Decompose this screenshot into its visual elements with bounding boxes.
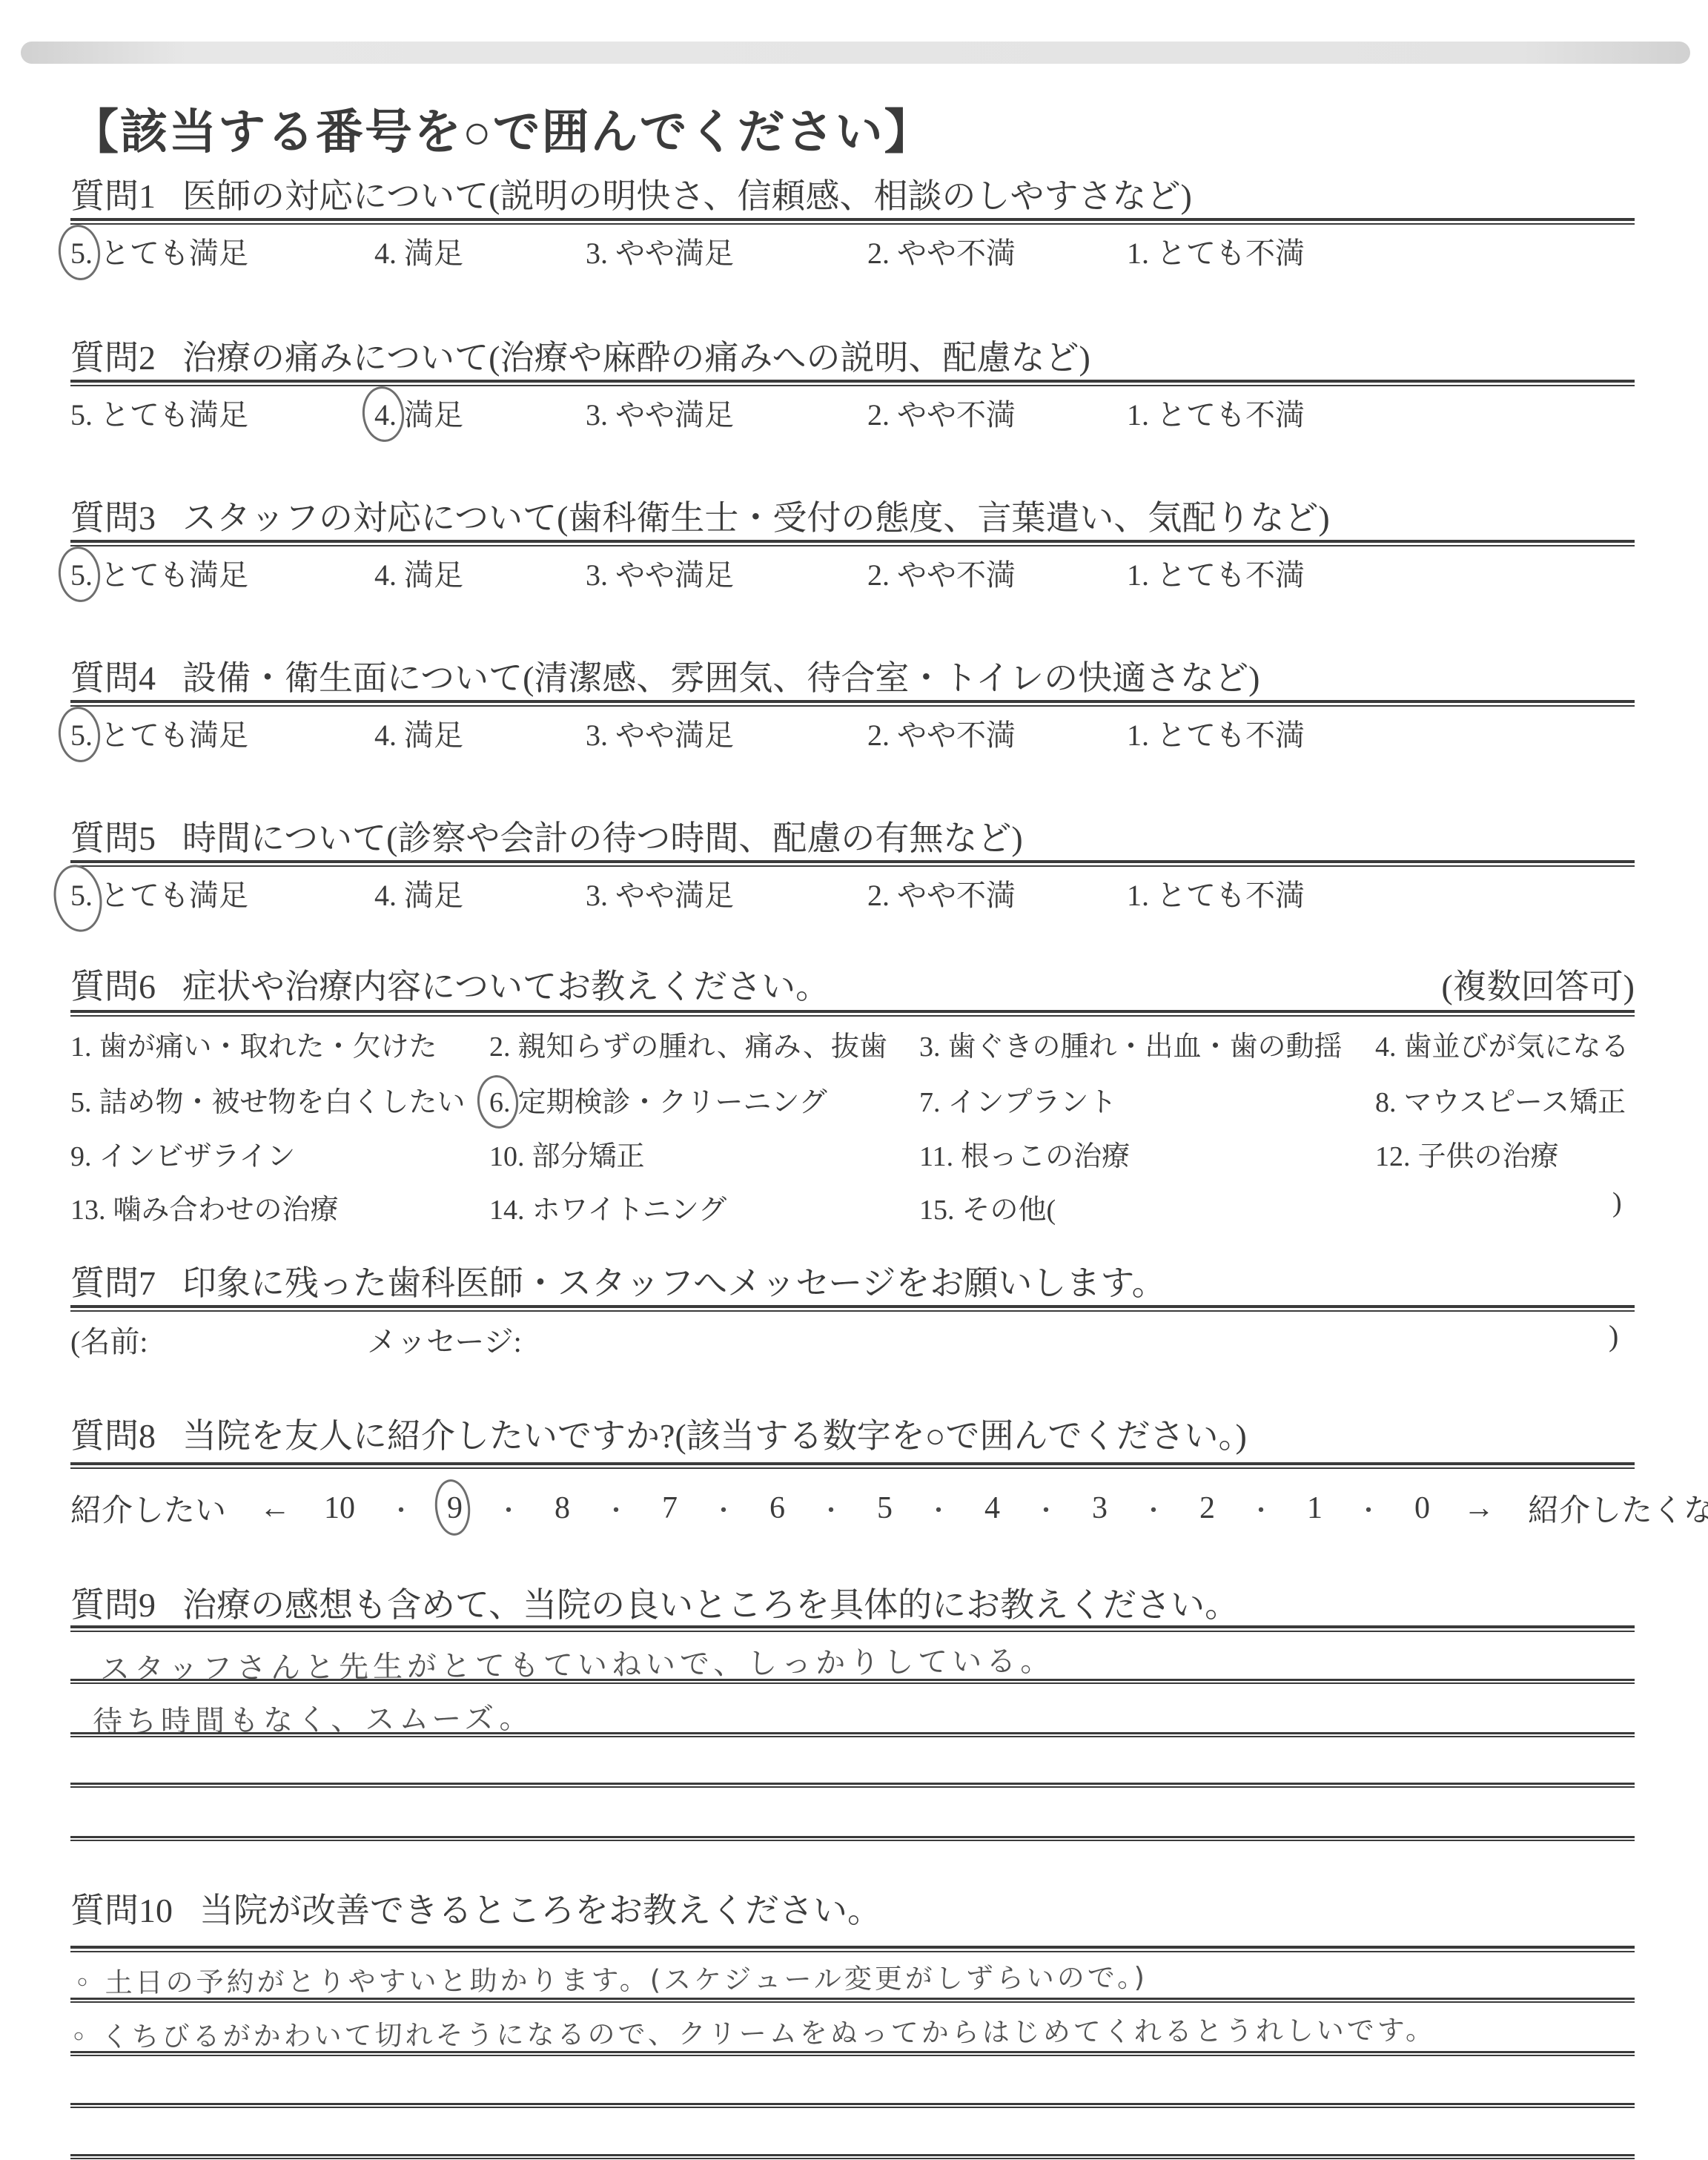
rating-option[interactable]: 4.満足 <box>374 872 463 914</box>
name-field-label: (名前: <box>70 1318 148 1361</box>
option-number: 1. <box>1127 878 1149 913</box>
option-number: 2. <box>867 878 890 913</box>
option-number: 4. <box>374 558 397 592</box>
answer-line <box>70 1625 1635 1632</box>
option-number: 10. <box>489 1140 525 1173</box>
option-number: 2. <box>867 558 890 592</box>
rating-options-row: 5.とても満足 4.満足 3.やや満足 2.やや不満 1.とても不満 <box>70 872 1635 919</box>
option-label: とても満足 <box>100 719 248 752</box>
option-number: 5. <box>70 718 93 753</box>
option-number: 5. <box>70 236 93 271</box>
question-heading: 治療の痛みについて(治療や麻酔の痛みへの説明、配慮など) <box>182 339 1090 377</box>
symptom-option[interactable]: 7.インプラント <box>919 1079 1117 1120</box>
option-number: 4. <box>374 878 397 913</box>
symptom-option[interactable]: 6.定期検診・クリーニング <box>489 1079 827 1120</box>
symptom-option[interactable]: 2.親知らずの腫れ、痛み、抜歯 <box>489 1023 887 1064</box>
rating-option[interactable]: 1.とても不満 <box>1127 712 1305 754</box>
rating-option[interactable]: 2.やや不満 <box>867 552 1016 594</box>
option-number: 1. <box>1127 718 1149 753</box>
page-title: 【該当する番号を○で囲んでください】 <box>71 94 933 162</box>
option-label: 子供の治療 <box>1418 1141 1559 1172</box>
option-number: 3. <box>586 236 608 271</box>
rating-option[interactable]: 5.とても満足 <box>70 230 248 272</box>
rating-option[interactable]: 5.とても満足 <box>70 392 248 434</box>
scale-number[interactable]: 7 <box>662 1490 678 1526</box>
answer-line <box>70 1836 1635 1841</box>
option-label: とても満足 <box>100 237 248 270</box>
dot-separator: ・ <box>1141 1490 1166 1527</box>
symptom-options-grid: 1.歯が痛い・取れた・欠けた 2.親知らずの腫れ、痛み、抜歯 3.歯ぐきの腫れ・… <box>70 1023 1635 1246</box>
option-label: やや満足 <box>615 719 734 752</box>
rating-option[interactable]: 1.とても不満 <box>1127 230 1305 272</box>
symptom-option[interactable]: 12.子供の治療 <box>1375 1133 1559 1174</box>
option-label: とても不満 <box>1156 719 1305 752</box>
dot-separator: ・ <box>711 1490 736 1527</box>
rating-option[interactable]: 3.やや満足 <box>586 712 734 754</box>
option-number: 4. <box>1375 1031 1397 1063</box>
symptom-option[interactable]: 4.歯並びが気になる <box>1375 1023 1629 1064</box>
option-number: 14. <box>489 1194 525 1226</box>
option-number: 4. <box>374 718 397 753</box>
dot-separator: ・ <box>388 1490 414 1527</box>
option-label: とても満足 <box>100 558 248 592</box>
scale-number[interactable]: 9 <box>447 1490 463 1526</box>
option-number: 8. <box>1375 1086 1397 1119</box>
option-label: とても不満 <box>1156 237 1305 270</box>
question-label: 質問6 <box>70 960 156 1008</box>
option-number: 3. <box>586 397 608 432</box>
question-2-section: 質問2治療の痛みについて(治療や麻酔の痛みへの説明、配慮など) 5.とても満足 … <box>70 331 1635 457</box>
option-label: 満足 <box>404 719 463 752</box>
option-label: やや満足 <box>615 237 734 270</box>
option-label: 詰め物・被せ物を白くしたい <box>99 1087 466 1118</box>
option-label: やや満足 <box>615 558 734 592</box>
option-number: 6. <box>489 1086 511 1119</box>
handwritten-answer: ◦ くちびるがかわいて切れそうになるので、クリームをぬってからはじめてくれるとう… <box>70 2007 1436 2055</box>
option-label: とても満足 <box>100 879 248 912</box>
option-label: 満足 <box>404 558 463 592</box>
question-heading: 設備・衛生面について(清潔感、雰囲気、待合室・トイレの快適さなど) <box>182 659 1260 697</box>
option-number: 7. <box>919 1086 941 1119</box>
rating-option[interactable]: 5.とても満足 <box>70 872 248 914</box>
option-label: インプラント <box>948 1087 1117 1118</box>
nps-scale-row: 紹介したい ← 10 ・ 9 ・ 8 ・ 7 ・ 6 ・ 5 ・ 4 ・ 3 ・… <box>70 1486 1708 1530</box>
rating-option[interactable]: 4.満足 <box>374 392 463 434</box>
answer-line <box>70 1783 1635 1788</box>
dot-separator: ・ <box>603 1490 629 1527</box>
option-number: 13. <box>70 1194 106 1226</box>
symptom-option[interactable]: 3.歯ぐきの腫れ・出血・歯の動揺 <box>919 1023 1343 1064</box>
divider <box>70 860 1635 867</box>
question-label: 質問7 <box>70 1256 156 1305</box>
question-label: 質問2 <box>70 331 156 380</box>
option-number: 5. <box>70 1086 92 1119</box>
dot-separator: ・ <box>1033 1490 1059 1527</box>
rating-option[interactable]: 1.とても不満 <box>1127 552 1305 594</box>
rating-option[interactable]: 4.満足 <box>374 712 463 754</box>
rating-option[interactable]: 5.とても満足 <box>70 712 248 754</box>
left-arrow-icon: ← <box>259 1490 291 1526</box>
option-label: やや不満 <box>897 879 1016 912</box>
option-number: 5. <box>70 878 93 913</box>
answer-line <box>70 1679 1635 1684</box>
close-paren: ) <box>1609 1318 1618 1353</box>
answer-line <box>70 1998 1635 2003</box>
option-number: 5. <box>70 397 93 432</box>
answer-line <box>70 2103 1635 2108</box>
scale-number[interactable]: 8 <box>555 1490 570 1526</box>
message-field-label: メッセージ: <box>367 1318 522 1361</box>
dot-separator: ・ <box>926 1490 951 1527</box>
scan-artifact-bar <box>21 42 1690 64</box>
option-number: 9. <box>70 1140 92 1173</box>
scale-number[interactable]: 1 <box>1307 1490 1323 1526</box>
option-number: 3. <box>919 1031 941 1063</box>
symptom-option[interactable]: 5.詰め物・被せ物を白くしたい <box>70 1079 466 1120</box>
scale-number[interactable]: 0 <box>1414 1490 1430 1526</box>
scale-number[interactable]: 10 <box>324 1490 355 1526</box>
option-number: 5. <box>70 558 93 592</box>
question-7-section: 質問7印象に残った歯科医師・スタッフへメッセージをお願いします。 (名前: メッ… <box>70 1256 1635 1375</box>
symptom-option[interactable]: 9.インビザライン <box>70 1133 295 1174</box>
question-label: 質問3 <box>70 491 156 540</box>
option-number: 1. <box>1127 397 1149 432</box>
divider <box>70 218 1635 225</box>
option-number: 3. <box>586 878 608 913</box>
option-label: 歯が痛い・取れた・欠けた <box>99 1031 437 1063</box>
question-heading-row: 質問1医師の対応について(説明の明快さ、信頼感、相談のしやすさなど) <box>70 169 1192 218</box>
rating-option[interactable]: 2.やや不満 <box>867 392 1016 434</box>
symptom-option[interactable]: 10.部分矯正 <box>489 1133 645 1174</box>
option-number: 1. <box>1127 558 1149 592</box>
option-label: やや満足 <box>615 398 734 432</box>
option-number: 1. <box>1127 236 1149 271</box>
question-heading: 時間について(診察や会計の待つ時間、配慮の有無など) <box>182 819 1023 857</box>
other-close-paren: ) <box>1612 1186 1622 1219</box>
dot-separator: ・ <box>1356 1490 1381 1527</box>
divider <box>70 380 1635 386</box>
question-heading-row: 質問5時間について(診察や会計の待つ時間、配慮の有無など) <box>70 811 1023 860</box>
option-number: 2. <box>867 397 890 432</box>
rating-options-row: 5.とても満足 4.満足 3.やや満足 2.やや不満 1.とても不満 <box>70 712 1635 759</box>
rating-options-row: 5.とても満足 4.満足 3.やや満足 2.やや不満 1.とても不満 <box>70 230 1635 277</box>
option-number: 3. <box>586 558 608 592</box>
symptom-option[interactable]: 1.歯が痛い・取れた・欠けた <box>70 1023 437 1064</box>
right-arrow-icon: → <box>1463 1490 1494 1526</box>
divider <box>70 1462 1635 1469</box>
rating-option[interactable]: 5.とても満足 <box>70 552 248 594</box>
dot-separator: ・ <box>496 1490 521 1527</box>
option-label: ホワイトニング <box>532 1195 727 1226</box>
option-label: 親知らずの腫れ、痛み、抜歯 <box>518 1031 888 1063</box>
symptom-option[interactable]: 14.ホワイトニング <box>489 1186 726 1227</box>
question-heading-row: 質問4設備・衛生面について(清潔感、雰囲気、待合室・トイレの快適さなど) <box>70 651 1260 700</box>
option-label: 歯並びが気になる <box>1404 1031 1629 1063</box>
multiple-answers-note: (複数回答可) <box>1441 960 1635 1008</box>
question-heading-row: 質問3スタッフの対応について(歯科衛生士・受付の態度、言葉遣い、気配りなど) <box>70 491 1330 540</box>
symptom-option[interactable]: 11.根っこの治療 <box>919 1133 1130 1174</box>
rating-option[interactable]: 3.やや満足 <box>586 872 734 914</box>
rating-option[interactable]: 4.満足 <box>374 230 463 272</box>
question-heading: 症状や治療内容についてお教えください。 <box>182 968 830 1005</box>
rating-options-row: 5.とても満足 4.満足 3.やや満足 2.やや不満 1.とても不満 <box>70 392 1635 439</box>
rating-option[interactable]: 2.やや不満 <box>867 230 1016 272</box>
question-heading-row: 質問7印象に残った歯科医師・スタッフへメッセージをお願いします。 <box>70 1256 1166 1305</box>
option-label: 根っこの治療 <box>961 1141 1130 1172</box>
question-heading: 当院を友人に紹介したいですか?(該当する数字を○で囲んでください。) <box>182 1417 1247 1455</box>
rating-option[interactable]: 4.満足 <box>374 552 463 594</box>
question-heading-row: 質問8当院を友人に紹介したいですか?(該当する数字を○で囲んでください。) <box>70 1409 1247 1458</box>
answer-line <box>70 1732 1635 1737</box>
option-label: 歯ぐきの腫れ・出血・歯の動揺 <box>948 1031 1343 1063</box>
rating-option[interactable]: 3.やや満足 <box>586 230 734 272</box>
scale-number[interactable]: 2 <box>1199 1490 1215 1526</box>
answer-line <box>70 2051 1635 2056</box>
option-label: 定期検診・クリーニング <box>518 1087 827 1118</box>
question-10-section: 質問10当院が改善できるところをお教えください。 ◦ 土日の予約がとりやすいと助… <box>70 1883 1635 2160</box>
option-label: やや不満 <box>897 237 1016 270</box>
question-3-section: 質問3スタッフの対応について(歯科衛生士・受付の態度、言葉遣い、気配りなど) 5… <box>70 491 1635 617</box>
option-label: とても不満 <box>1156 558 1305 592</box>
symptom-option[interactable]: 13.噛み合わせの治療 <box>70 1186 339 1227</box>
rating-option[interactable]: 3.やや満足 <box>586 552 734 594</box>
question-4-section: 質問4設備・衛生面について(清潔感、雰囲気、待合室・トイレの快適さなど) 5.と… <box>70 651 1635 777</box>
option-number: 12. <box>1375 1140 1411 1173</box>
option-label: 満足 <box>404 879 463 912</box>
divider <box>70 700 1635 707</box>
divider <box>70 540 1635 546</box>
option-label: マウスピース矯正 <box>1404 1087 1626 1118</box>
symptom-option-other[interactable]: 15.その他( <box>919 1186 1056 1227</box>
handwritten-answer: ◦ 土日の予約がとりやすいと助かります。(スケジュール変更がしずらいので。) <box>74 1955 1148 2001</box>
option-label: 部分矯正 <box>532 1141 645 1172</box>
option-label: やや不満 <box>897 558 1016 592</box>
option-label: とても満足 <box>100 398 248 432</box>
question-label: 質問1 <box>70 169 156 218</box>
scale-left-label: 紹介したい <box>70 1486 226 1530</box>
question-label: 質問4 <box>70 651 156 700</box>
option-number: 2. <box>867 718 890 753</box>
option-label: 満足 <box>404 398 463 432</box>
option-number: 3. <box>586 718 608 753</box>
question-5-section: 質問5時間について(診察や会計の待つ時間、配慮の有無など) 5.とても満足 4.… <box>70 811 1635 937</box>
answer-area[interactable]: ◦ 土日の予約がとりやすいと助かります。(スケジュール変更がしずらいので。) ◦… <box>70 1883 1635 2160</box>
divider <box>70 1305 1635 1312</box>
scale-number[interactable]: 3 <box>1092 1490 1108 1526</box>
option-label: やや満足 <box>615 879 734 912</box>
option-label: とても不満 <box>1156 879 1305 912</box>
option-number: 4. <box>374 397 397 432</box>
scale-right-label: 紹介したくない <box>1528 1486 1708 1530</box>
question-label: 質問8 <box>70 1409 156 1458</box>
scale-number[interactable]: 5 <box>877 1490 893 1526</box>
question-heading: 医師の対応について(説明の明快さ、信頼感、相談のしやすさなど) <box>182 177 1192 215</box>
question-9-section: 質問9治療の感想も含めて、当院の良いところを具体的にお教えください。 スタッフさ… <box>70 1578 1635 1845</box>
rating-option[interactable]: 3.やや満足 <box>586 392 734 434</box>
question-1-section: 質問1医師の対応について(説明の明快さ、信頼感、相談のしやすさなど) 5.とても… <box>70 169 1635 295</box>
answer-area[interactable]: スタッフさんと先生がとてもていねいで、しっかりしている。 待ち時間もなく、スムー… <box>70 1578 1635 1845</box>
option-number: 4. <box>374 236 397 271</box>
rating-options-row: 5.とても満足 4.満足 3.やや満足 2.やや不満 1.とても不満 <box>70 552 1635 599</box>
dot-separator: ・ <box>1248 1490 1274 1527</box>
scale-number[interactable]: 4 <box>984 1490 1000 1526</box>
question-heading-row: 質問6症状や治療内容についてお教えください。 <box>70 960 830 1008</box>
question-heading-row: 質問2治療の痛みについて(治療や麻酔の痛みへの説明、配慮など) <box>70 331 1090 380</box>
scanned-survey-page: { "title": "【該当する番号を○で囲んでください】", "rating… <box>0 0 1708 2160</box>
option-number: 2. <box>867 236 890 271</box>
question-8-section: 質問8当院を友人に紹介したいですか?(該当する数字を○で囲んでください。) 紹介… <box>70 1409 1635 1557</box>
name-message-field-row[interactable]: (名前: メッセージ: ) <box>70 1318 1635 1363</box>
question-6-section: 質問6症状や治療内容についてお教えください。 (複数回答可) 1.歯が痛い・取れ… <box>70 960 1635 1204</box>
rating-option[interactable]: 1.とても不満 <box>1127 872 1305 914</box>
symptom-option[interactable]: 8.マウスピース矯正 <box>1375 1079 1626 1120</box>
rating-option[interactable]: 2.やや不満 <box>867 712 1016 754</box>
option-label: やや不満 <box>897 719 1016 752</box>
option-number: 1. <box>70 1031 92 1063</box>
option-number: 11. <box>919 1140 953 1173</box>
option-number: 2. <box>489 1031 511 1063</box>
question-label: 質問5 <box>70 811 156 860</box>
question-heading: 印象に残った歯科医師・スタッフへメッセージをお願いします。 <box>182 1264 1166 1302</box>
dot-separator: ・ <box>818 1490 844 1527</box>
option-label: やや不満 <box>897 398 1016 432</box>
scale-number[interactable]: 6 <box>769 1490 785 1526</box>
option-label: 噛み合わせの治療 <box>113 1195 339 1226</box>
rating-option[interactable]: 1.とても不満 <box>1127 392 1305 434</box>
answer-line <box>70 1946 1635 1952</box>
question-heading: スタッフの対応について(歯科衛生士・受付の態度、言葉遣い、気配りなど) <box>182 499 1330 537</box>
option-label: その他( <box>962 1195 1056 1226</box>
rating-option[interactable]: 2.やや不満 <box>867 872 1016 914</box>
answer-line <box>70 2154 1635 2159</box>
option-number: 15. <box>919 1194 955 1226</box>
divider <box>70 1010 1635 1017</box>
option-label: とても不満 <box>1156 398 1305 432</box>
option-label: インビザライン <box>99 1141 296 1172</box>
option-label: 満足 <box>404 237 463 270</box>
